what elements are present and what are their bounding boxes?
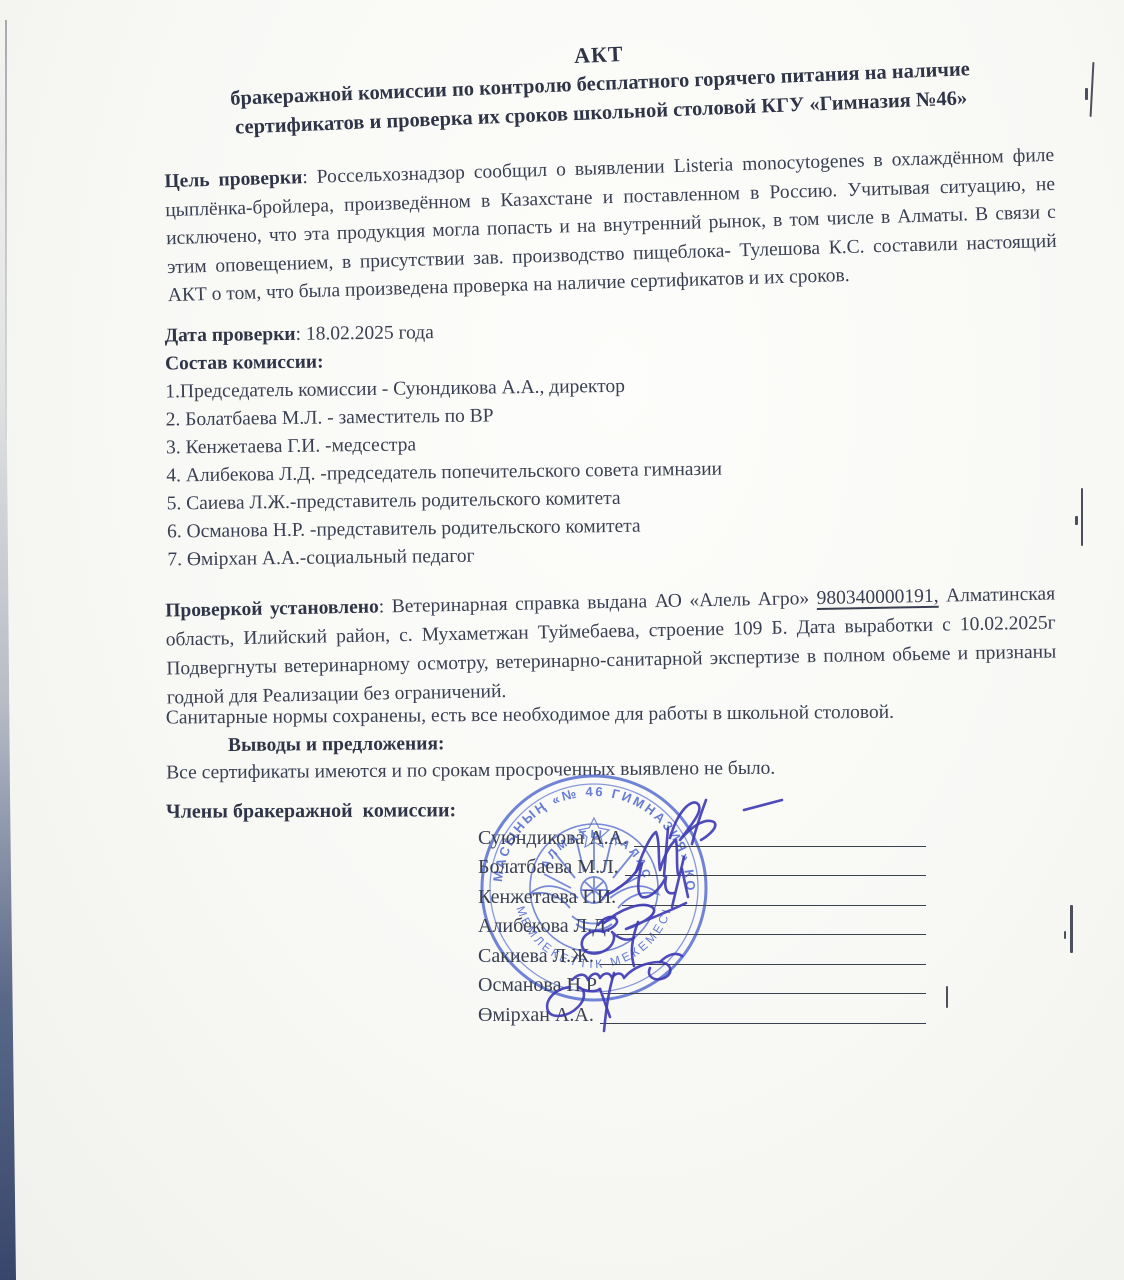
signature-line: [625, 875, 926, 876]
signature-line: [600, 1023, 926, 1024]
signature-row: Кенжетаева Г.И.: [478, 879, 930, 909]
signature-row: Сакиева Л.Ж.: [478, 938, 930, 968]
photo-edge-shadow: [0, 0, 16, 1280]
signer-name: Османова Н.Р: [478, 974, 597, 997]
signature-line: [600, 964, 926, 965]
signature-row: Болатбаева М.Л.: [478, 850, 930, 880]
photo-edge-line: [5, 20, 7, 440]
signature-line: [603, 993, 926, 994]
purpose-paragraph: Цель проверки: Россельхознадзор сообщил …: [164, 142, 1058, 311]
check-date-label: Дата проверки: [165, 324, 296, 347]
signer-name: Суюндикова А.А.: [478, 827, 628, 850]
signature-row: Османова Н.Р: [478, 968, 930, 998]
signature-row: Өмірхан А.А.: [478, 997, 930, 1027]
signature-block: Суюндикова А.А. Болатбаева М.Л. Кенжетае…: [478, 820, 930, 1027]
signatures-heading: Члены бракеражной комиссии:: [166, 799, 456, 824]
findings-paragraph: Проверкой установлено: Ветеринарная спра…: [165, 579, 1057, 712]
document-photo: АКТ бракеражной комиссии по контролю бес…: [0, 0, 1124, 1280]
signer-name: Өмірхан А.А.: [478, 1004, 594, 1027]
signature-line: [634, 846, 926, 847]
scan-mark: [1081, 488, 1083, 546]
findings-text-1: : Ветеринарная справка выдана АО «Алель …: [379, 588, 817, 617]
scan-mark: [1064, 931, 1066, 939]
signature-line: [622, 905, 926, 906]
signature-row: Суюндикова А.А.: [478, 820, 930, 850]
scan-mark: [1070, 905, 1073, 953]
date-and-commission: Дата проверки: 18.02.2025 года Состав ко…: [164, 312, 1057, 575]
scan-mark: [1075, 516, 1078, 525]
certificate-number: 980340000191,: [816, 586, 938, 609]
purpose-label: Цель проверки: [164, 167, 302, 192]
signer-name: Сакиева Л.Ж.: [478, 945, 594, 968]
signer-name: Кенжетаева Г.И.: [478, 886, 616, 909]
check-date-value: : 18.02.2025 года: [295, 322, 433, 345]
signer-name: Алибекова Л.Д.: [478, 915, 611, 938]
findings-label: Проверкой установлено: [165, 596, 379, 621]
signature-row: Алибекова Л.Д.: [478, 909, 930, 939]
scan-mark: [946, 986, 948, 1008]
signature-line: [617, 934, 926, 935]
document-title: АКТ бракеражной комиссии по контролю бес…: [109, 20, 1092, 147]
signer-name: Болатбаева М.Л.: [478, 856, 619, 879]
